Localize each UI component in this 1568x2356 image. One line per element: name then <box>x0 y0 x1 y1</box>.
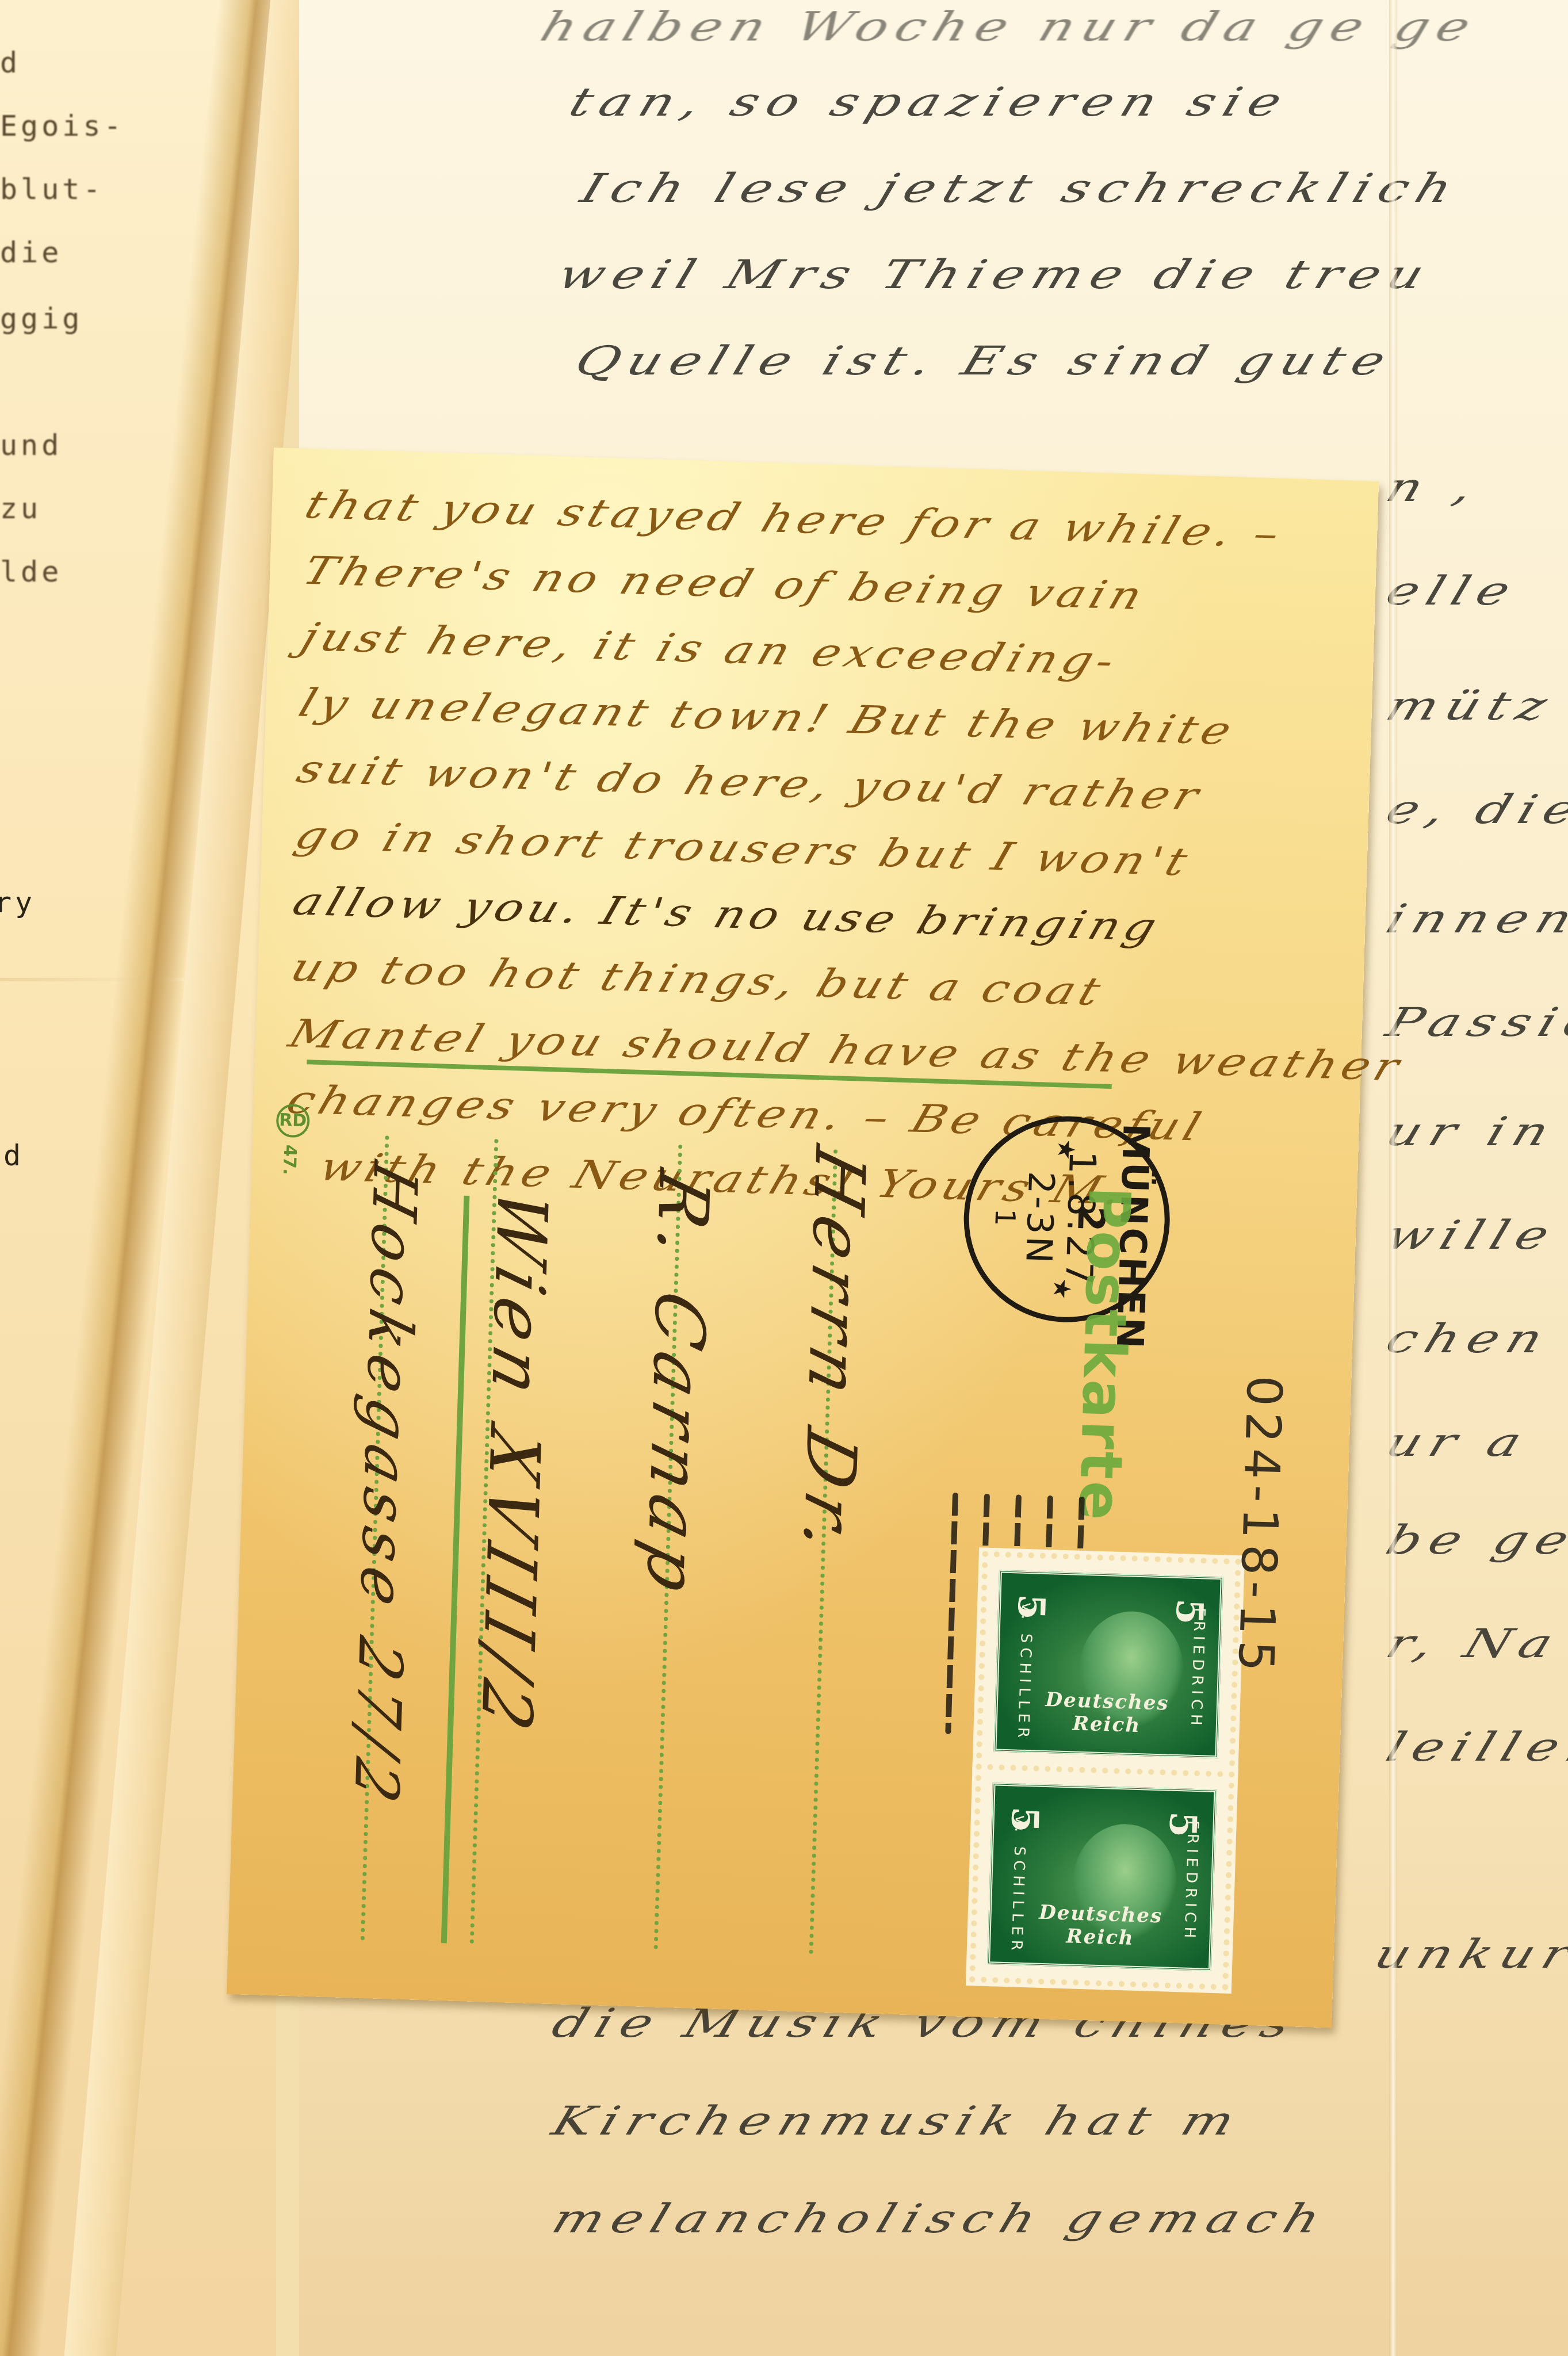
postmark-office: 1 <box>986 1119 1024 1316</box>
typed-fragment: d <box>0 46 21 79</box>
typed-fragment: nd <box>0 1139 24 1172</box>
letter-line: r, Na <box>1380 1620 1567 1666</box>
address-line-1: Herrn Dr. <box>787 1148 880 1559</box>
archive-number: 024-18-15 <box>1227 1375 1293 1678</box>
letter-line: Quelle ist. Es sind gute <box>569 338 1399 384</box>
stamp-design: FRIEDRICH v. SCHILLER 5 5 Deutsches Reic… <box>987 1783 1217 1971</box>
stamp-value: 5 <box>1161 1811 1204 1838</box>
address-line-3: Wien XVIII/2 <box>465 1191 562 1737</box>
letter-line: melancholisch gemach <box>546 2196 1334 2242</box>
letter-line: be geh <box>1380 1517 1568 1563</box>
letter-line: halben Woche nur da ge ge <box>535 4 1484 50</box>
letter-line: ur a <box>1380 1419 1535 1465</box>
postcard-message: that you stayed here for a while. – Ther… <box>285 472 1354 1231</box>
typed-fragment: lde <box>0 555 62 588</box>
typed-fragment: und <box>0 429 62 462</box>
stamp-value: 5 <box>1003 1806 1046 1833</box>
letter-line: elle <box>1380 568 1524 614</box>
letter-line: innen <box>1380 896 1568 942</box>
typed-fragment: die <box>0 236 62 269</box>
stamp-country: Deutsches Reich <box>1016 1688 1197 1739</box>
stamp-value: 5 <box>1009 1593 1053 1620</box>
typed-fragment: ggig <box>0 302 83 335</box>
address-line-4: Hockegasse 27/2 <box>341 1164 430 1808</box>
postmark-time: 2-3N <box>1016 1120 1064 1317</box>
postkarte-imprint: Postkarte <box>1066 1185 1144 1524</box>
letter-line: Ich lese jetzt schrecklich <box>575 165 1466 211</box>
letter-line: mütz <box>1380 683 1561 729</box>
printer-mark: RD 47. <box>272 1104 346 1256</box>
stamp-design: FRIEDRICH v. SCHILLER 5 5 Deutsches Reic… <box>993 1570 1223 1758</box>
letter-line: leillen <box>1380 1724 1568 1770</box>
stamp-country: Deutsches Reich <box>1010 1900 1191 1951</box>
stamp-value: 5 <box>1168 1598 1211 1626</box>
letter-line: ur in <box>1380 1108 1563 1154</box>
typed-fragment: ry <box>0 886 36 919</box>
postage-stamp: FRIEDRICH v. SCHILLER 5 5 Deutsches Reic… <box>976 1551 1241 1778</box>
typed-fragment: blut- <box>0 173 104 206</box>
typed-fragment: zu <box>0 492 41 525</box>
letter-line: e, die <box>1380 786 1568 832</box>
letter-line: chen <box>1380 1315 1557 1361</box>
letter-line: weil Mrs Thieme die treu <box>552 251 1438 297</box>
postcard: that you stayed here for a while. – Ther… <box>227 448 1379 2028</box>
letter-line: wille <box>1380 1212 1563 1258</box>
letter-line: unkur <box>1369 1931 1568 1977</box>
printer-logo-icon: RD <box>276 1104 310 1138</box>
address-rule <box>441 1196 470 1944</box>
letter-line: Passiere <box>1380 999 1568 1045</box>
address-line-2: R. Carnap <box>630 1172 724 1600</box>
printer-number: 47. <box>279 1144 300 1173</box>
letter-fold-crease <box>1389 0 1397 2356</box>
letter-line: tan, so spazieren sie <box>564 79 1296 125</box>
typed-fragment: Egois- <box>0 109 125 143</box>
postage-stamp: FRIEDRICH v. SCHILLER 5 5 Deutsches Reic… <box>969 1764 1234 1990</box>
letter-line: Kirchenmusik hat m <box>546 2098 1248 2144</box>
